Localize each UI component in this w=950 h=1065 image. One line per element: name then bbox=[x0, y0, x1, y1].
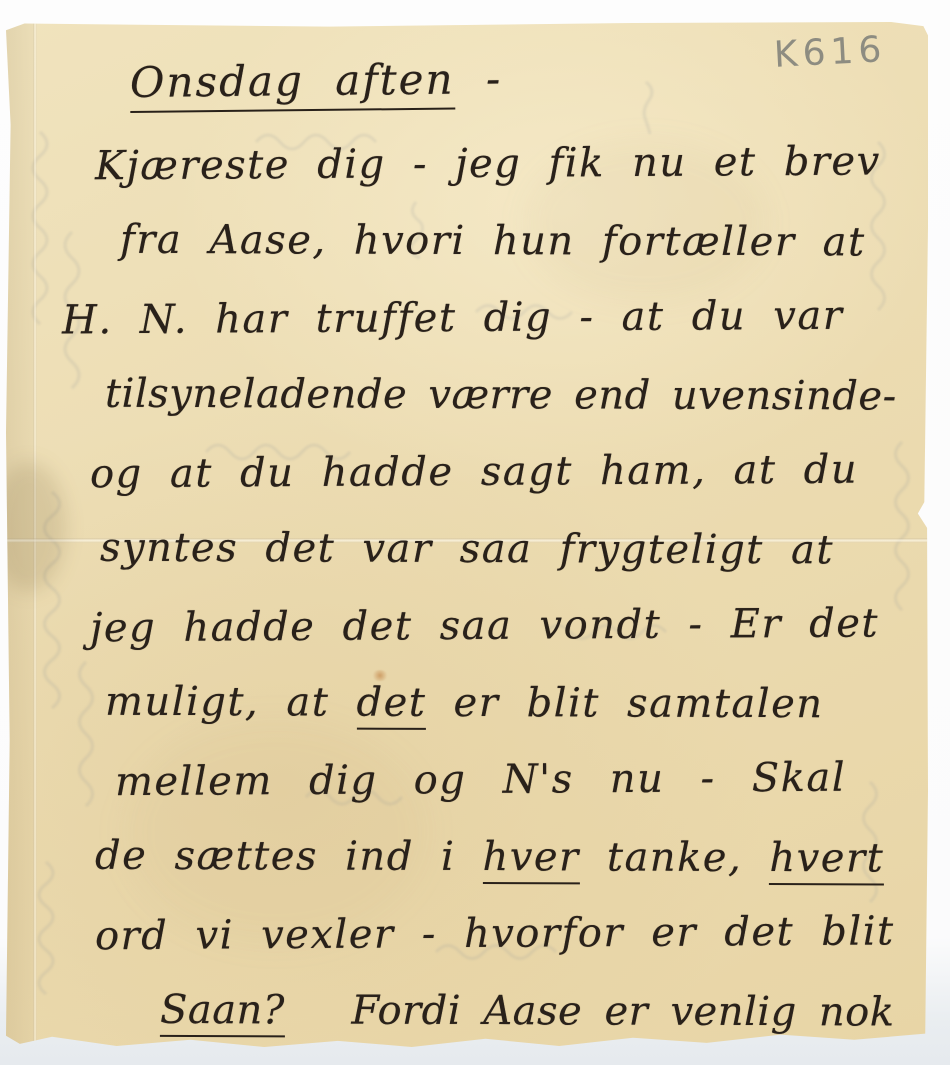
handwriting-text: fra Aase, hvori hun fortæller at bbox=[120, 217, 866, 266]
handwriting-text: ord vi vexler - hvorfor er det blit bbox=[95, 908, 895, 959]
handwriting-line: tilsyneladende værre end uvensinde- bbox=[6, 355, 928, 435]
handwriting-line: Saan? Fordi Aase er venlig nok bbox=[6, 971, 928, 1051]
handwriting-text: H. N. har truffet dig - at du var bbox=[62, 293, 844, 344]
handwriting-line: ord vi vexler - hvorfor er det blit bbox=[6, 893, 928, 976]
handwriting-text: og at du hadde sagt ham, at du bbox=[90, 447, 858, 498]
handwriting-text: tanke, bbox=[580, 834, 770, 881]
letter-dateline: Onsdag aften - bbox=[130, 54, 503, 107]
handwriting-line: de sættes ind i hver tanke, hvert bbox=[6, 817, 928, 897]
handwriting-text: syntes det var saa frygteligt at bbox=[100, 525, 834, 574]
handwriting-line: syntes det var saa frygteligt at bbox=[6, 509, 928, 589]
handwriting-line: muligt, at det er blit samtalen bbox=[6, 663, 928, 743]
underlined-word: Saan? bbox=[160, 987, 285, 1037]
handwriting-text: de sættes ind i bbox=[95, 833, 483, 880]
letter-body: Kjæreste dig - jeg fik nu et brevfra Aas… bbox=[6, 126, 928, 1050]
handwriting-line: mellem dig og N's nu - Skal bbox=[6, 739, 928, 822]
handwriting-line: Kjæreste dig - jeg fik nu et brev bbox=[6, 123, 928, 206]
dateline-dash: - bbox=[454, 54, 502, 103]
handwriting-line: fra Aase, hvori hun fortæller at bbox=[6, 201, 928, 281]
handwriting-text: mellem dig og N's nu - Skal bbox=[115, 755, 846, 805]
handwriting-text: muligt, at bbox=[105, 679, 357, 726]
handwriting-text: tilsyneladende værre end uvensinde- bbox=[105, 371, 897, 420]
archive-code: K616 bbox=[773, 29, 887, 76]
handwriting-line: H. N. har truffet dig - at du var bbox=[6, 277, 928, 360]
dateline-underlined-text: Onsdag aften bbox=[130, 55, 455, 113]
underlined-word: hvert bbox=[769, 835, 884, 885]
underlined-word: det bbox=[356, 680, 426, 730]
underlined-word: hver bbox=[482, 834, 579, 884]
handwriting-text: jeg hadde det saa vondt - Er det bbox=[90, 600, 879, 651]
handwriting-line: jeg hadde det saa vondt - Er det bbox=[6, 585, 928, 668]
photo-background: K616 Onsdag aften - Kjæreste dig - jeg f… bbox=[0, 0, 950, 1065]
handwriting-text: er blit samtalen bbox=[426, 680, 823, 727]
handwriting-text: Kjæreste dig - jeg fik nu et brev bbox=[95, 138, 881, 189]
handwriting-text: Fordi Aase er venlig nok bbox=[285, 987, 895, 1035]
handwriting-line: og at du hadde sagt ham, at du bbox=[6, 431, 928, 514]
letter-page: K616 Onsdag aften - Kjæreste dig - jeg f… bbox=[6, 22, 928, 1048]
